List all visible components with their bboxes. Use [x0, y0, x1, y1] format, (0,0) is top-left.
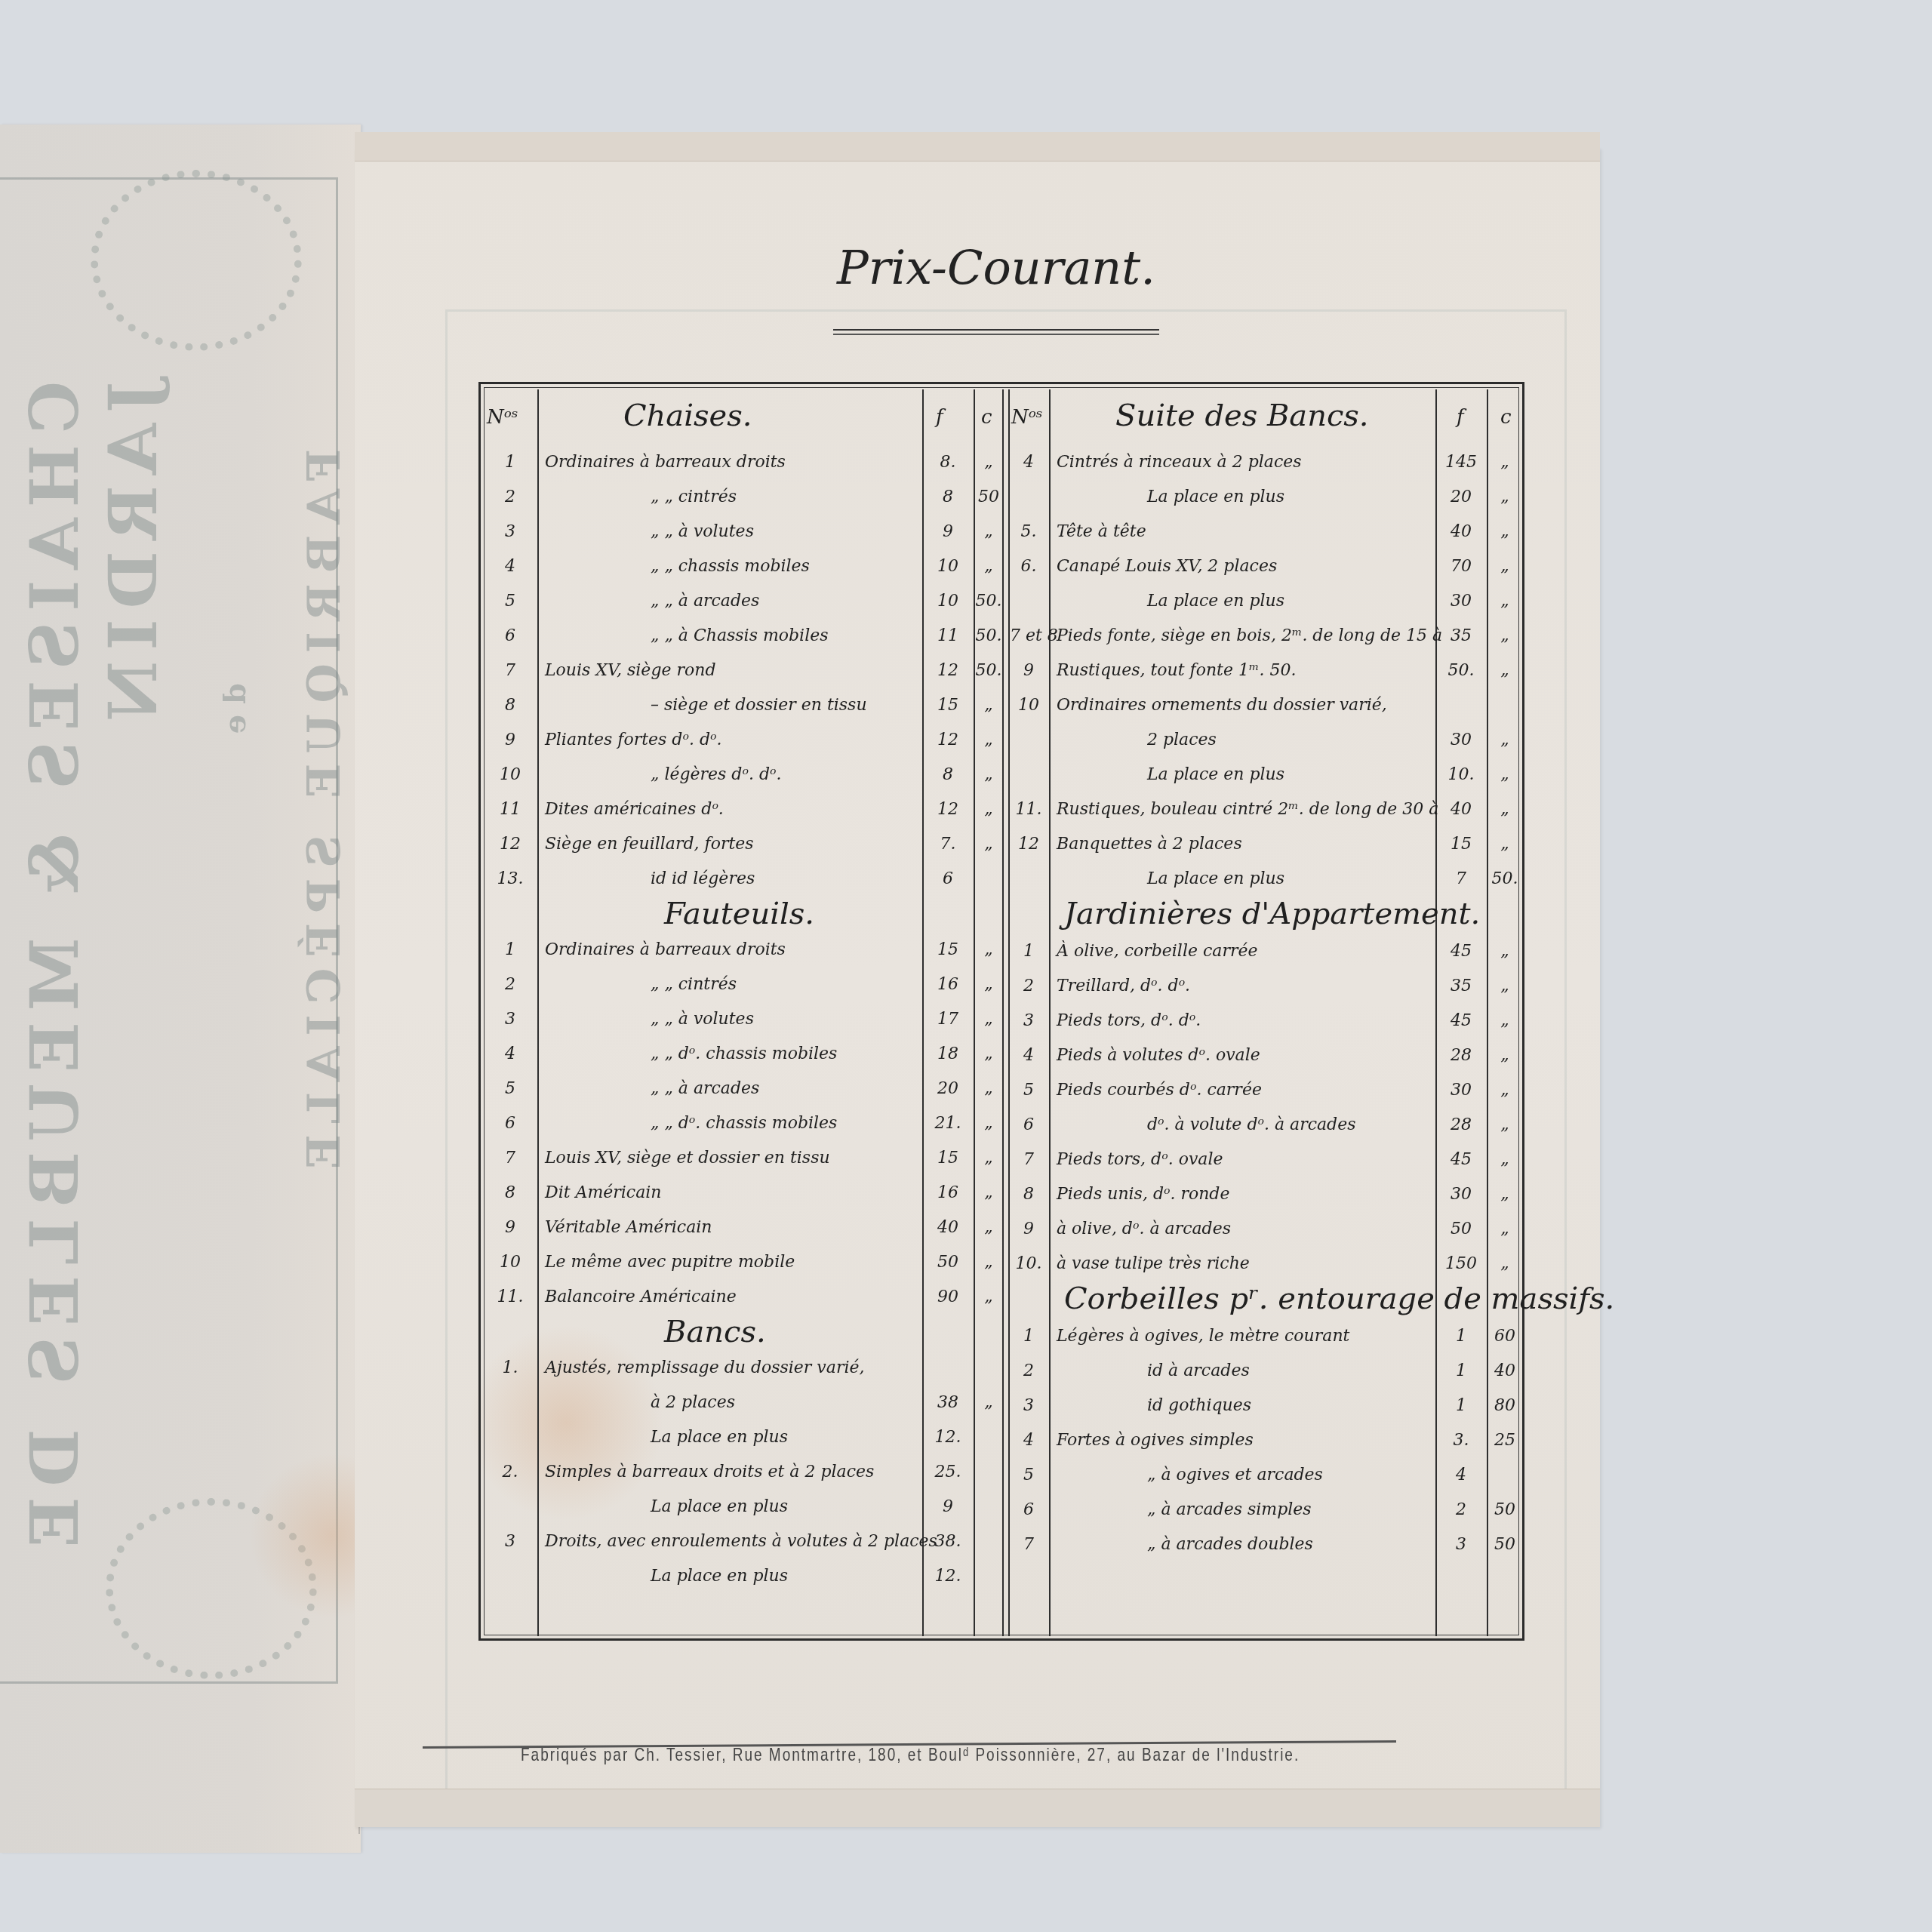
- section-title-chaises: Chaises.: [623, 398, 752, 433]
- item-description: Dit Américain: [545, 1183, 661, 1202]
- section-title-suite-des-bancs: Suite des Bancs.: [1115, 398, 1369, 433]
- price-centimes: „: [1488, 1185, 1521, 1204]
- item-number: 9: [1010, 661, 1048, 680]
- item-number: 7: [1010, 1150, 1048, 1169]
- item-description: Ordinaires ornements du dossier varié,: [1057, 696, 1387, 715]
- price-centimes: „: [974, 1010, 1004, 1029]
- section-title: Corbeilles pʳ. entourage de massifs.: [1064, 1281, 1614, 1316]
- item-description: Pieds fonte, siège en bois, 2ᵐ. de long …: [1057, 626, 1442, 645]
- franc-column-header: f: [936, 406, 943, 429]
- item-description: „ „ à volutes: [651, 522, 754, 541]
- price-francs: 28: [1437, 1046, 1485, 1065]
- price-centimes: „: [974, 800, 1004, 819]
- price-centimes: „: [974, 835, 1004, 854]
- price-centimes: 50.: [1488, 869, 1521, 888]
- item-description: Louis XV, siège et dossier en tissu: [545, 1149, 830, 1168]
- item-description: Pieds unis, dᵒ. ronde: [1057, 1185, 1229, 1204]
- price-francs: 145: [1437, 453, 1485, 472]
- price-centimes: „: [974, 1079, 1004, 1098]
- column-divider: [1049, 389, 1051, 1636]
- item-number: 11.: [485, 1287, 536, 1306]
- item-description: La place en plus: [651, 1567, 788, 1586]
- item-description: Le même avec pupitre mobile: [545, 1253, 795, 1272]
- price-centimes: „: [1488, 626, 1521, 645]
- item-description: Pliantes fortes dᵒ. dᵒ.: [545, 731, 721, 749]
- item-description: id gothiques: [1147, 1396, 1251, 1415]
- item-description: „ à arcades simples: [1147, 1500, 1312, 1519]
- item-number: 1: [485, 453, 536, 472]
- item-number: 4: [1010, 1431, 1048, 1450]
- price-centimes: „: [974, 940, 1004, 959]
- item-number: 12: [485, 835, 536, 854]
- price-francs: 45: [1437, 942, 1485, 961]
- item-number: 10.: [1010, 1254, 1048, 1273]
- price-francs: 9: [924, 522, 972, 541]
- price-francs: 16: [924, 1183, 972, 1202]
- price-francs: 8.: [924, 453, 972, 472]
- item-number: 4: [1010, 453, 1048, 472]
- top-fold-strip: [355, 132, 1600, 162]
- item-description: Cintrés à rinceaux à 2 places: [1057, 453, 1302, 472]
- price-francs: 8: [924, 765, 972, 784]
- item-description: „ à ogives et arcades: [1147, 1466, 1323, 1484]
- price-centimes: „: [974, 1287, 1004, 1306]
- price-centimes: „: [974, 696, 1004, 715]
- price-francs: 3: [1437, 1535, 1485, 1554]
- price-francs: 10: [924, 592, 972, 611]
- price-francs: 12: [924, 661, 972, 680]
- item-number: 10: [485, 1253, 536, 1272]
- price-francs: 30: [1437, 731, 1485, 749]
- price-centimes: „: [974, 765, 1004, 784]
- item-description: „ à arcades doubles: [1147, 1535, 1313, 1554]
- item-number: 4: [485, 557, 536, 576]
- price-francs: 30: [1437, 592, 1485, 611]
- item-number: 4: [1010, 1046, 1048, 1065]
- price-francs: 12.: [924, 1428, 972, 1447]
- price-francs: 20: [924, 1079, 972, 1098]
- printer-footer: Fabriqués par Ch. Tessier, Rue Montmartr…: [521, 1746, 1396, 1767]
- price-francs: 35: [1437, 977, 1485, 995]
- item-number: 5: [485, 592, 536, 611]
- item-description: Siège en feuillard, fortes: [545, 835, 754, 854]
- item-description: La place en plus: [1147, 869, 1284, 888]
- item-number: 11.: [1010, 800, 1048, 819]
- no-column-header: Nᵒˢ: [487, 406, 518, 429]
- item-number: 7: [485, 661, 536, 680]
- price-centimes: 50: [1488, 1535, 1521, 1554]
- item-description: „ „ à volutes: [651, 1010, 754, 1029]
- item-description: „ „ à arcades: [651, 1079, 759, 1098]
- item-description: à vase tulipe très riche: [1057, 1254, 1250, 1273]
- item-description: id id légères: [651, 869, 755, 888]
- franc-column-header: f: [1457, 406, 1464, 429]
- price-francs: 7.: [924, 835, 972, 854]
- page-title: Prix-Courant.: [815, 240, 1177, 295]
- section-title: Fauteuils.: [664, 897, 814, 931]
- price-centimes: 25: [1488, 1431, 1521, 1450]
- price-centimes: „: [1488, 1220, 1521, 1238]
- item-description: „ „ chassis mobiles: [651, 557, 810, 576]
- item-description: La place en plus: [1147, 765, 1284, 784]
- item-number: 10: [1010, 696, 1048, 715]
- item-number: 7 et 8: [1010, 626, 1048, 645]
- centime-column-header: c: [1500, 406, 1512, 429]
- price-francs: 4: [1437, 1466, 1485, 1484]
- price-centimes: „: [974, 975, 1004, 994]
- price-centimes: 60: [1488, 1327, 1521, 1346]
- item-description: Treillard, dᵒ. dᵒ.: [1057, 977, 1190, 995]
- item-description: Louis XV, siège rond: [545, 661, 716, 680]
- price-centimes: „: [974, 557, 1004, 576]
- price-centimes: „: [974, 731, 1004, 749]
- price-francs: 2: [1437, 1500, 1485, 1519]
- price-francs: 45: [1437, 1011, 1485, 1030]
- price-centimes: „: [1488, 731, 1521, 749]
- price-francs: 50: [1437, 1220, 1485, 1238]
- price-centimes: „: [974, 1393, 1004, 1412]
- price-centimes: „: [1488, 942, 1521, 961]
- price-francs: 20: [1437, 488, 1485, 506]
- price-francs: 28: [1437, 1115, 1485, 1134]
- price-centimes: „: [1488, 661, 1521, 680]
- price-francs: 40: [1437, 522, 1485, 541]
- price-centimes: „: [974, 1183, 1004, 1202]
- item-number: 8: [1010, 1185, 1048, 1204]
- item-description: „ „ à Chassis mobiles: [651, 626, 828, 645]
- price-centimes: „: [1488, 1046, 1521, 1065]
- item-number: 5: [1010, 1466, 1048, 1484]
- price-francs: 12: [924, 800, 972, 819]
- item-number: 3: [485, 1010, 536, 1029]
- price-francs: 35: [1437, 626, 1485, 645]
- item-description: „ légères dᵒ. dᵒ.: [651, 765, 781, 784]
- price-centimes: „: [1488, 1150, 1521, 1169]
- price-centimes: „: [974, 522, 1004, 541]
- item-number: 2.: [485, 1463, 536, 1481]
- item-description: Dites américaines dᵒ.: [545, 800, 724, 819]
- price-francs: 40: [924, 1218, 972, 1237]
- item-number: 11: [485, 800, 536, 819]
- price-centimes: „: [1488, 522, 1521, 541]
- item-description: Rustiques, bouleau cintré 2ᵐ. de long de…: [1057, 800, 1438, 819]
- bleed-line-2: FABRIQUE SPÉCIALE: [298, 449, 351, 1664]
- bleed-line-3: de: [217, 683, 253, 1664]
- item-number: 6: [485, 626, 536, 645]
- centime-column-header: c: [981, 406, 992, 429]
- item-number: 12: [1010, 835, 1048, 854]
- column-divider: [537, 389, 539, 1636]
- item-description: La place en plus: [1147, 488, 1284, 506]
- bleed-through-text: CHAISES & MEUBLES DE JARDIN de FABRIQUE …: [15, 381, 332, 1664]
- item-description: Canapé Louis XV, 2 places: [1057, 557, 1277, 576]
- item-number: 2: [485, 488, 536, 506]
- price-centimes: „: [974, 1114, 1004, 1133]
- item-description: Pieds tors, dᵒ. ovale: [1057, 1150, 1223, 1169]
- price-francs: 11: [924, 626, 972, 645]
- item-number: 3: [485, 1532, 536, 1551]
- price-centimes: „: [1488, 1254, 1521, 1273]
- price-centimes: 40: [1488, 1361, 1521, 1380]
- price-francs: 150: [1437, 1254, 1485, 1273]
- item-description: id à arcades: [1147, 1361, 1250, 1380]
- item-number: 9: [1010, 1220, 1048, 1238]
- price-francs: 25.: [924, 1463, 972, 1481]
- price-centimes: „: [1488, 592, 1521, 611]
- price-francs: 15: [924, 940, 972, 959]
- item-description: à 2 places: [651, 1393, 735, 1412]
- item-description: „ „ dᵒ. chassis mobiles: [651, 1114, 837, 1133]
- item-description: Ordinaires à barreaux droits: [545, 940, 786, 959]
- item-number: 3: [485, 522, 536, 541]
- price-francs: 1: [1437, 1361, 1485, 1380]
- price-centimes: 80: [1488, 1396, 1521, 1415]
- price-francs: 9: [924, 1497, 972, 1516]
- price-francs: 16: [924, 975, 972, 994]
- price-francs: 30: [1437, 1081, 1485, 1100]
- item-number: 5: [485, 1079, 536, 1098]
- bleed-line-1: CHAISES & MEUBLES DE JARDIN: [15, 381, 172, 1664]
- item-number: 5: [1010, 1081, 1048, 1100]
- price-centimes: „: [1488, 488, 1521, 506]
- price-centimes: „: [1488, 1011, 1521, 1030]
- item-number: 5.: [1010, 522, 1048, 541]
- item-description: Pieds courbés dᵒ. carrée: [1057, 1081, 1262, 1100]
- item-number: 13.: [485, 869, 536, 888]
- price-francs: 38.: [924, 1532, 972, 1551]
- item-description: Droits, avec enroulements à volutes à 2 …: [545, 1532, 937, 1551]
- item-description: Balancoire Américaine: [545, 1287, 737, 1306]
- price-centimes: 50.: [974, 592, 1004, 611]
- price-francs: 45: [1437, 1150, 1485, 1169]
- price-francs: 40: [1437, 800, 1485, 819]
- price-francs: 21.: [924, 1114, 972, 1133]
- item-number: 2: [485, 975, 536, 994]
- price-centimes: 50: [974, 488, 1004, 506]
- price-francs: 50.: [1437, 661, 1485, 680]
- price-francs: 7: [1437, 869, 1485, 888]
- price-centimes: 50.: [974, 626, 1004, 645]
- item-number: 6: [1010, 1500, 1048, 1519]
- price-francs: 12.: [924, 1567, 972, 1586]
- item-description: à olive, dᵒ. à arcades: [1057, 1220, 1231, 1238]
- price-centimes: „: [1488, 835, 1521, 854]
- item-description: La place en plus: [651, 1497, 788, 1516]
- item-description: Pieds tors, dᵒ. dᵒ.: [1057, 1011, 1201, 1030]
- item-number: 7: [485, 1149, 536, 1168]
- item-number: 8: [485, 1183, 536, 1202]
- item-description: Pieds à volutes dᵒ. ovale: [1057, 1046, 1260, 1065]
- price-centimes: „: [974, 1253, 1004, 1272]
- item-number: 3: [1010, 1011, 1048, 1030]
- price-francs: 8: [924, 488, 972, 506]
- item-number: 6.: [1010, 557, 1048, 576]
- item-description: Simples à barreaux droits et à 2 places: [545, 1463, 874, 1481]
- price-centimes: „: [974, 1044, 1004, 1063]
- item-number: 9: [485, 731, 536, 749]
- item-description: „ „ cintrés: [651, 975, 737, 994]
- price-francs: 3.: [1437, 1431, 1485, 1450]
- item-number: 6: [1010, 1115, 1048, 1134]
- item-description: dᵒ. à volute dᵒ. à arcades: [1147, 1115, 1356, 1134]
- price-centimes: „: [1488, 1115, 1521, 1134]
- price-centimes: „: [974, 453, 1004, 472]
- item-description: Légères à ogives, le mètre courant: [1057, 1327, 1349, 1346]
- price-francs: 6: [924, 869, 972, 888]
- item-number: 1.: [485, 1358, 536, 1377]
- item-description: 2 places: [1147, 731, 1217, 749]
- bottom-fold-strip: [355, 1789, 1600, 1827]
- section-title: Jardinières d'Appartement.: [1064, 897, 1480, 931]
- item-number: 9: [485, 1218, 536, 1237]
- item-number: 10: [485, 765, 536, 784]
- item-description: – siège et dossier en tissu: [651, 696, 867, 715]
- left-page: CHAISES & MEUBLES DE JARDIN de FABRIQUE …: [0, 125, 361, 1853]
- price-francs: 1: [1437, 1396, 1485, 1415]
- item-number: 1: [1010, 942, 1048, 961]
- item-description: La place en plus: [651, 1428, 788, 1447]
- price-centimes: „: [1488, 800, 1521, 819]
- price-centimes: 50.: [974, 661, 1004, 680]
- price-centimes: „: [1488, 765, 1521, 784]
- item-number: 7: [1010, 1535, 1048, 1554]
- item-description: À olive, corbeille carrée: [1057, 942, 1257, 961]
- item-number: 1: [1010, 1327, 1048, 1346]
- item-description: La place en plus: [1147, 592, 1284, 611]
- item-description: Véritable Américain: [545, 1218, 712, 1237]
- item-number: 6: [485, 1114, 536, 1133]
- item-description: „ „ cintrés: [651, 488, 737, 506]
- ornament-flourish: [91, 170, 302, 351]
- item-description: Ajustés, remplissage du dossier varié,: [545, 1358, 864, 1377]
- price-francs: 38: [924, 1393, 972, 1412]
- item-description: Fortes à ogives simples: [1057, 1431, 1254, 1450]
- price-centimes: „: [974, 1149, 1004, 1168]
- section-title: Bancs.: [664, 1315, 766, 1349]
- price-francs: 30: [1437, 1185, 1485, 1204]
- item-number: 4: [485, 1044, 536, 1063]
- price-francs: 70: [1437, 557, 1485, 576]
- price-francs: 15: [1437, 835, 1485, 854]
- price-francs: 1: [1437, 1327, 1485, 1346]
- price-francs: 90: [924, 1287, 972, 1306]
- price-francs: 17: [924, 1010, 972, 1029]
- price-centimes: „: [1488, 1081, 1521, 1100]
- item-number: 2: [1010, 977, 1048, 995]
- price-francs: 50: [924, 1253, 972, 1272]
- price-francs: 12: [924, 731, 972, 749]
- price-francs: 15: [924, 696, 972, 715]
- price-francs: 10: [924, 557, 972, 576]
- item-number: 2: [1010, 1361, 1048, 1380]
- price-centimes: „: [1488, 977, 1521, 995]
- price-francs: 15: [924, 1149, 972, 1168]
- item-description: Banquettes à 2 places: [1057, 835, 1242, 854]
- price-francs: 10.: [1437, 765, 1485, 784]
- price-centimes: „: [974, 1218, 1004, 1237]
- item-number: 3: [1010, 1396, 1048, 1415]
- item-description: „ „ à arcades: [651, 592, 759, 611]
- item-description: Ordinaires à barreaux droits: [545, 453, 786, 472]
- item-description: Tête à tête: [1057, 522, 1146, 541]
- price-francs: 18: [924, 1044, 972, 1063]
- title-underline: [833, 329, 1159, 335]
- item-number: 1: [485, 940, 536, 959]
- item-description: „ „ dᵒ. chassis mobiles: [651, 1044, 837, 1063]
- no-column-header: Nᵒˢ: [1011, 406, 1043, 429]
- item-description: Rustiques, tout fonte 1ᵐ. 50.: [1057, 661, 1296, 680]
- item-number: 8: [485, 696, 536, 715]
- price-centimes: „: [1488, 453, 1521, 472]
- price-centimes: 50: [1488, 1500, 1521, 1519]
- price-centimes: „: [1488, 557, 1521, 576]
